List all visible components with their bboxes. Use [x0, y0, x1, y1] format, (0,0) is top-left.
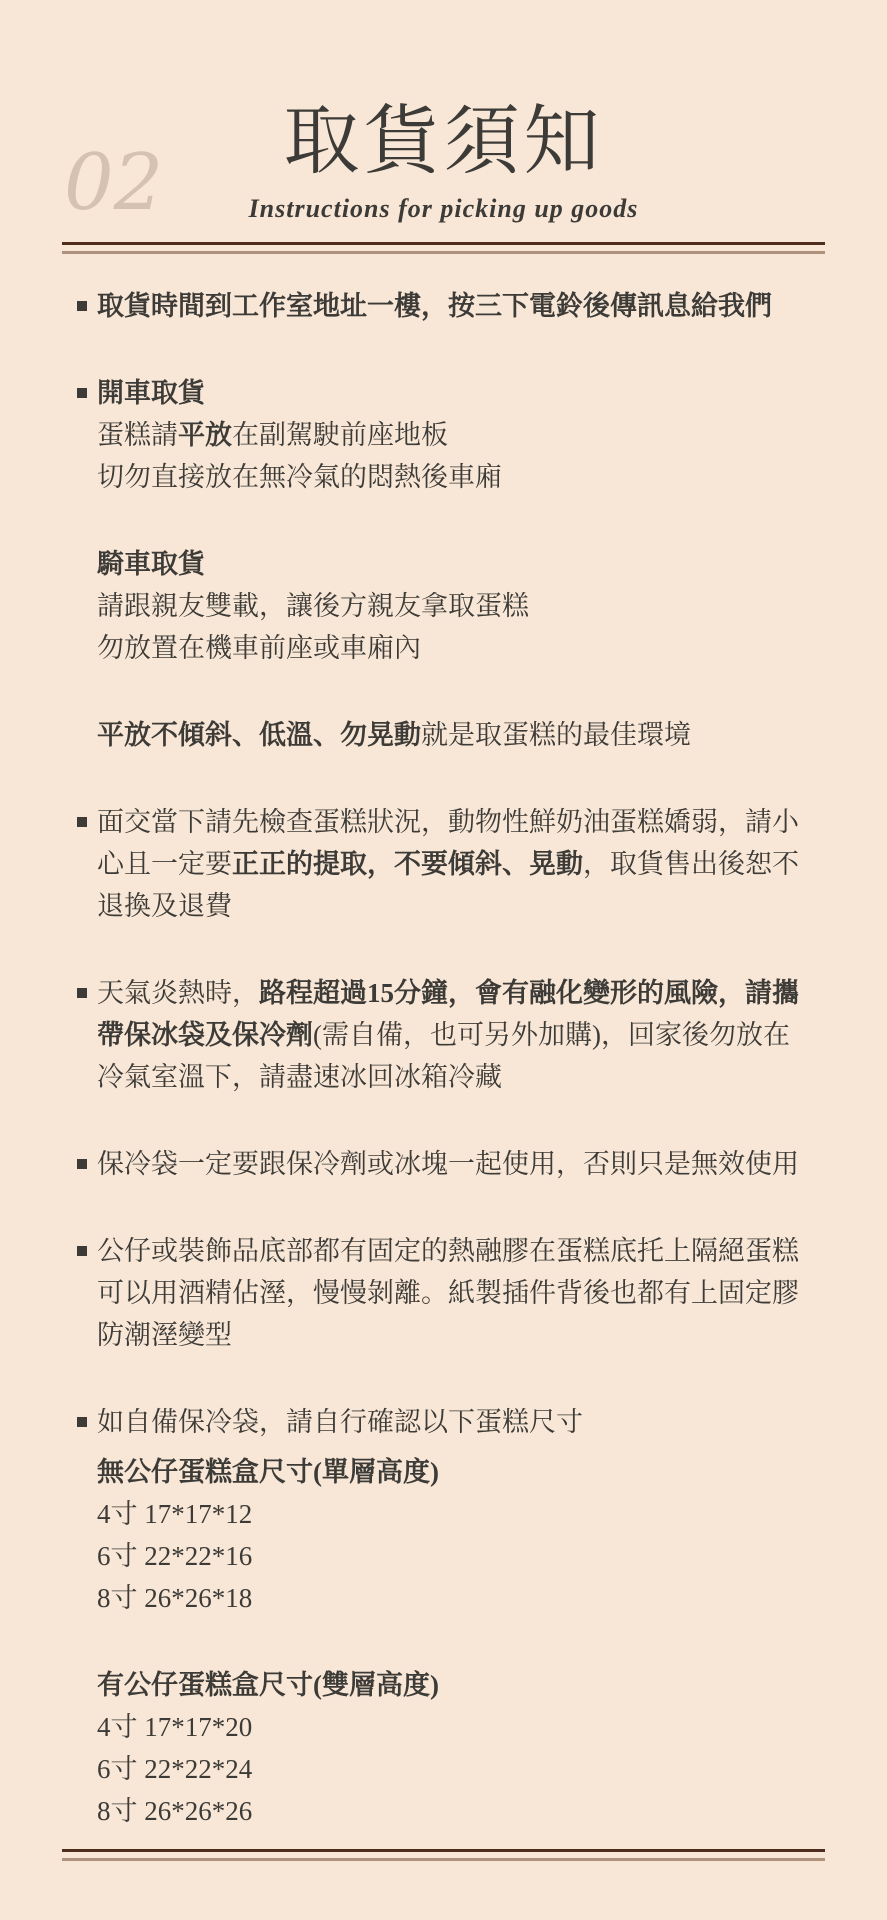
divider-line-dark	[62, 1849, 825, 1852]
pickup-instructions-page: 02 取貨須知 Instructions for picking up good…	[0, 0, 887, 1920]
section-number: 02	[64, 144, 163, 222]
text-line: 退換及退費	[97, 885, 829, 927]
bullet-marker	[77, 301, 87, 311]
text-segment: 退換及退費	[97, 891, 232, 921]
footer-divider	[62, 1849, 825, 1861]
text-segment: 有公仔蛋糕盒尺寸(雙層高度)	[97, 1670, 439, 1700]
text-segment: 勿放置在機車前座或車廂內	[97, 633, 421, 663]
text-segment: 心且一定要	[97, 849, 232, 879]
text-line: 冷氣室溫下，請盡速冰回冰箱冷藏	[97, 1056, 829, 1098]
hot-weather-note: 天氣炎熱時，路程超過15分鐘，會有融化變形的風險，請攜帶保冰袋及保冷劑(需自備，…	[62, 972, 829, 1098]
text-segment: 如自備保冷袋，請自行確認以下蛋糕尺寸	[97, 1407, 583, 1437]
cooler-bag-note: 保冷袋一定要跟保冷劑或冰塊一起使用，否則只是無效使用	[62, 1143, 829, 1185]
text-segment: 可以用酒精佔溼，慢慢剝離。紙製插件背後也都有上固定膠	[97, 1278, 799, 1308]
text-segment: 騎車取貨	[97, 549, 205, 579]
text-line: 心且一定要正正的提取，不要傾斜、晃動，取貨售出後恕不	[97, 843, 829, 885]
text-line: 4寸 17*17*12	[97, 1493, 829, 1535]
text-line: 天氣炎熱時，路程超過15分鐘，會有融化變形的風險，請攜	[97, 972, 829, 1014]
bullet-marker	[77, 988, 87, 998]
box-size-double-layer: 有公仔蛋糕盒尺寸(雙層高度)4寸 17*17*206寸 22*22*248寸 2…	[62, 1664, 829, 1832]
text-segment: 6寸 22*22*16	[97, 1541, 252, 1571]
text-line: 蛋糕請平放在副駕駛前座地板	[97, 414, 829, 456]
text-line: 勿放置在機車前座或車廂內	[97, 627, 829, 669]
text-line: 防潮溼變型	[97, 1314, 829, 1356]
text-segment: 4寸 17*17*20	[97, 1712, 252, 1742]
header-divider	[62, 242, 825, 254]
instructions-list: 取貨時間到工作室地址一樓，按三下電鈴後傳訊息給我們開車取貨蛋糕請平放在副駕駛前座…	[62, 285, 829, 1832]
text-segment: 天氣炎熱時，	[97, 978, 259, 1008]
text-segment: 無公仔蛋糕盒尺寸(單層高度)	[97, 1457, 439, 1487]
text-line: 平放不傾斜、低溫、勿晃動就是取蛋糕的最佳環境	[97, 714, 829, 756]
divider-line-light	[62, 251, 825, 254]
text-segment: 平放不傾斜、低溫、勿晃動	[97, 720, 421, 750]
figurine-glue-note: 公仔或裝飾品底部都有固定的熱融膠在蛋糕底托上隔絕蛋糕可以用酒精佔溼，慢慢剝離。紙…	[62, 1230, 829, 1356]
text-segment: 平放	[178, 420, 232, 450]
text-segment: 4寸 17*17*12	[97, 1499, 252, 1529]
text-segment: 保冷袋一定要跟保冷劑或冰塊一起使用，否則只是無效使用	[97, 1149, 799, 1179]
bullet-marker	[77, 1159, 87, 1169]
bullet-marker	[77, 388, 87, 398]
text-line: 6寸 22*22*16	[97, 1535, 829, 1577]
text-line: 公仔或裝飾品底部都有固定的熱融膠在蛋糕底托上隔絕蛋糕	[97, 1230, 829, 1272]
text-line: 切勿直接放在無冷氣的悶熱後車廂	[97, 456, 829, 498]
text-segment: 開車取貨	[97, 378, 205, 408]
pickup-time-note: 取貨時間到工作室地址一樓，按三下電鈴後傳訊息給我們	[62, 285, 829, 327]
text-segment: 8寸 26*26*18	[97, 1583, 252, 1613]
text-line: 保冷袋一定要跟保冷劑或冰塊一起使用，否則只是無效使用	[97, 1143, 829, 1185]
text-segment: 切勿直接放在無冷氣的悶熱後車廂	[97, 462, 502, 492]
text-segment: 帶保冰袋及保冷劑	[97, 1020, 313, 1050]
self-prepared-bag-note: 如自備保冷袋，請自行確認以下蛋糕尺寸	[62, 1401, 829, 1443]
bullet-marker	[77, 1246, 87, 1256]
bullet-marker	[77, 1417, 87, 1427]
text-line: 無公仔蛋糕盒尺寸(單層高度)	[97, 1451, 829, 1493]
text-segment: (需自備，也可另外加購)，回家後勿放在	[313, 1020, 790, 1050]
text-segment: 路程超過15分鐘，會有融化變形的風險，請攜	[259, 978, 799, 1008]
box-size-single-layer: 無公仔蛋糕盒尺寸(單層高度)4寸 17*17*126寸 22*22*168寸 2…	[62, 1451, 829, 1619]
text-line: 4寸 17*17*20	[97, 1706, 829, 1748]
text-segment: ，取貨售出後恕不	[583, 849, 799, 879]
text-segment: 冷氣室溫下，請盡速冰回冰箱冷藏	[97, 1062, 502, 1092]
text-segment: 公仔或裝飾品底部都有固定的熱融膠在蛋糕底托上隔絕蛋糕	[97, 1236, 799, 1266]
text-line: 帶保冰袋及保冷劑(需自備，也可另外加購)，回家後勿放在	[97, 1014, 829, 1056]
car-pickup-note: 開車取貨蛋糕請平放在副駕駛前座地板切勿直接放在無冷氣的悶熱後車廂	[62, 372, 829, 498]
text-segment: 6寸 22*22*24	[97, 1754, 252, 1784]
divider-line-light	[62, 1858, 825, 1861]
text-segment: 8寸 26*26*26	[97, 1796, 252, 1826]
text-segment: 防潮溼變型	[97, 1320, 232, 1350]
best-environment-note: 平放不傾斜、低溫、勿晃動就是取蛋糕的最佳環境	[62, 714, 829, 756]
text-line: 開車取貨	[97, 372, 829, 414]
bullet-marker	[77, 817, 87, 827]
text-line: 取貨時間到工作室地址一樓，按三下電鈴後傳訊息給我們	[97, 285, 829, 327]
text-segment: 取貨時間到工作室地址一樓，按三下電鈴後傳訊息給我們	[97, 291, 772, 321]
page-header: 02 取貨須知 Instructions for picking up good…	[0, 0, 887, 224]
text-line: 6寸 22*22*24	[97, 1748, 829, 1790]
text-line: 可以用酒精佔溼，慢慢剝離。紙製插件背後也都有上固定膠	[97, 1272, 829, 1314]
text-segment: 在副駕駛前座地板	[232, 420, 448, 450]
text-line: 有公仔蛋糕盒尺寸(雙層高度)	[97, 1664, 829, 1706]
text-segment: 就是取蛋糕的最佳環境	[421, 720, 691, 750]
text-segment: 正正的提取，不要傾斜、晃動	[232, 849, 583, 879]
text-segment: 面交當下請先檢查蛋糕狀況，動物性鮮奶油蛋糕嬌弱，請小	[97, 807, 799, 837]
text-line: 騎車取貨	[97, 543, 829, 585]
text-line: 8寸 26*26*18	[97, 1577, 829, 1619]
text-segment: 蛋糕請	[97, 420, 178, 450]
inspection-note: 面交當下請先檢查蛋糕狀況，動物性鮮奶油蛋糕嬌弱，請小心且一定要正正的提取，不要傾…	[62, 801, 829, 927]
divider-line-dark	[62, 242, 825, 245]
text-segment: 請跟親友雙載，讓後方親友拿取蛋糕	[97, 591, 529, 621]
text-line: 如自備保冷袋，請自行確認以下蛋糕尺寸	[97, 1401, 829, 1443]
text-line: 請跟親友雙載，讓後方親友拿取蛋糕	[97, 585, 829, 627]
text-line: 面交當下請先檢查蛋糕狀況，動物性鮮奶油蛋糕嬌弱，請小	[97, 801, 829, 843]
motorcycle-pickup-note: 騎車取貨請跟親友雙載，讓後方親友拿取蛋糕勿放置在機車前座或車廂內	[62, 543, 829, 669]
text-line: 8寸 26*26*26	[97, 1790, 829, 1832]
